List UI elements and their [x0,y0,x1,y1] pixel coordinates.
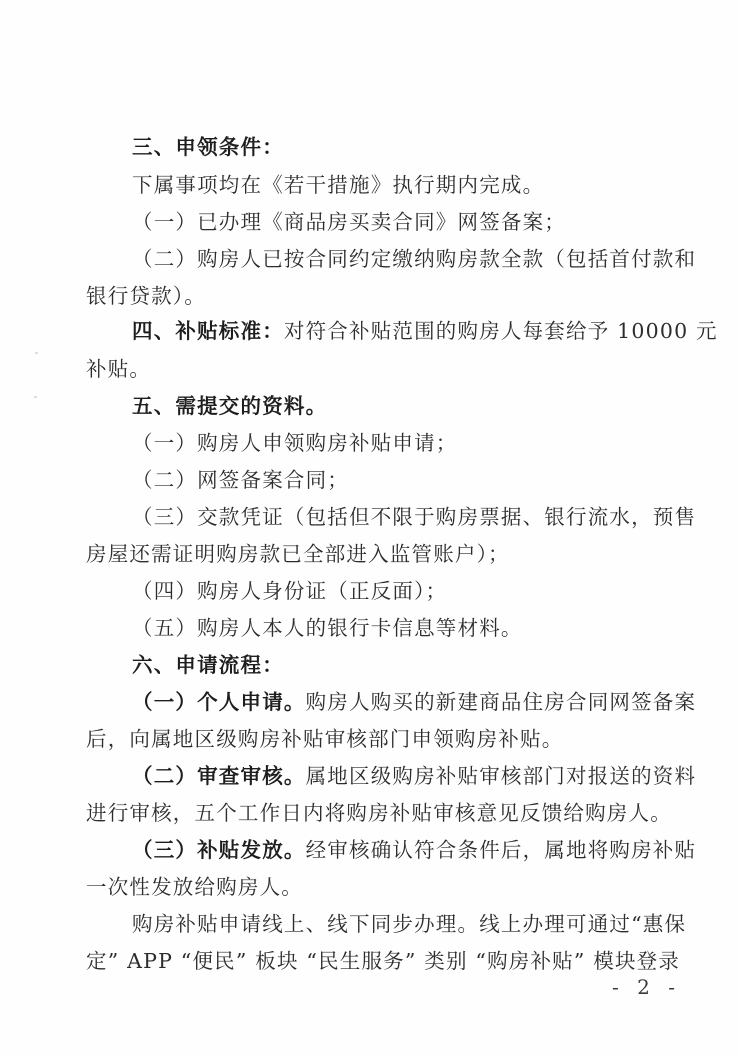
section-6-step-3-cont: 一次性发放给购房人。 [86,873,303,901]
section-3-item-1: （一）已办理《商品房买卖合同》网签备案； [132,208,566,236]
section-3-heading: 三、申领条件： [132,133,284,161]
section-4-heading: 四、补贴标准： [132,319,284,343]
section-6-note-cont: 定” APP “便民” 板块 “民生服务” 类别 “购房补贴” 模块登录 [86,947,680,975]
section-4-text: 对符合补贴范围的购房人每套给予 10000 元 [284,319,718,343]
section-4-text-cont: 补贴。 [86,355,151,383]
section-5-item-2: （二）网签备案合同； [132,466,349,494]
section-3-item-2-cont: 银行贷款）。 [86,282,206,310]
section-4-paragraph: 四、补贴标准：对符合补贴范围的购房人每套给予 10000 元 [132,317,718,345]
section-5-item-1: （一）购房人申领购房补贴申请； [132,429,458,457]
scan-artifact [34,396,37,398]
page-number: - 2 - [612,975,681,999]
section-5-heading: 五、需提交的资料。 [132,392,327,420]
section-3-item-2: （二）购房人已按合同约定缴纳购房款全款（包括首付款和 [132,245,696,273]
step-1-text: 购房人购买的新建商品住房合同网签备案 [306,690,697,714]
section-5-item-4: （四）购房人身份证（正反面）； [132,577,447,605]
section-6-step-2: （二）审查审核。属地区级购房补贴审核部门对报送的资料 [132,762,696,790]
section-6-note: 购房补贴申请线上、线下同步办理。线上办理可通过“惠保 [132,910,686,938]
step-3-label: （三）补贴发放。 [132,838,306,862]
section-6-step-3: （三）补贴发放。经审核确认符合条件后，属地将购房补贴 [132,836,696,864]
scan-artifact [35,352,38,354]
section-6-step-1: （一）个人申请。购房人购买的新建商品住房合同网签备案 [132,688,696,716]
step-2-text: 属地区级购房补贴审核部门对报送的资料 [306,764,697,788]
section-6-step-1-cont: 后，向属地区级购房补贴审核部门申领购房补贴。 [86,725,563,753]
section-5-item-5: （五）购房人本人的银行卡信息等材料。 [132,614,523,642]
section-3-intro: 下属事项均在《若干措施》执行期内完成。 [132,171,544,199]
document-page: 三、申领条件： 下属事项均在《若干措施》执行期内完成。 （一）已办理《商品房买卖… [0,0,740,1055]
step-2-label: （二）审查审核。 [132,764,306,788]
step-3-text: 经审核确认符合条件后，属地将购房补贴 [306,838,697,862]
step-1-label: （一）个人申请。 [132,690,306,714]
section-6-step-2-cont: 进行审核，五个工作日内将购房补贴审核意见反馈给购房人。 [86,799,672,827]
section-5-item-3-cont: 房屋还需证明购房款已全部进入监管账户）； [86,540,510,568]
section-6-heading: 六、申请流程： [132,651,284,679]
section-5-item-3: （三）交款凭证（包括但不限于购房票据、银行流水，预售 [132,503,696,531]
